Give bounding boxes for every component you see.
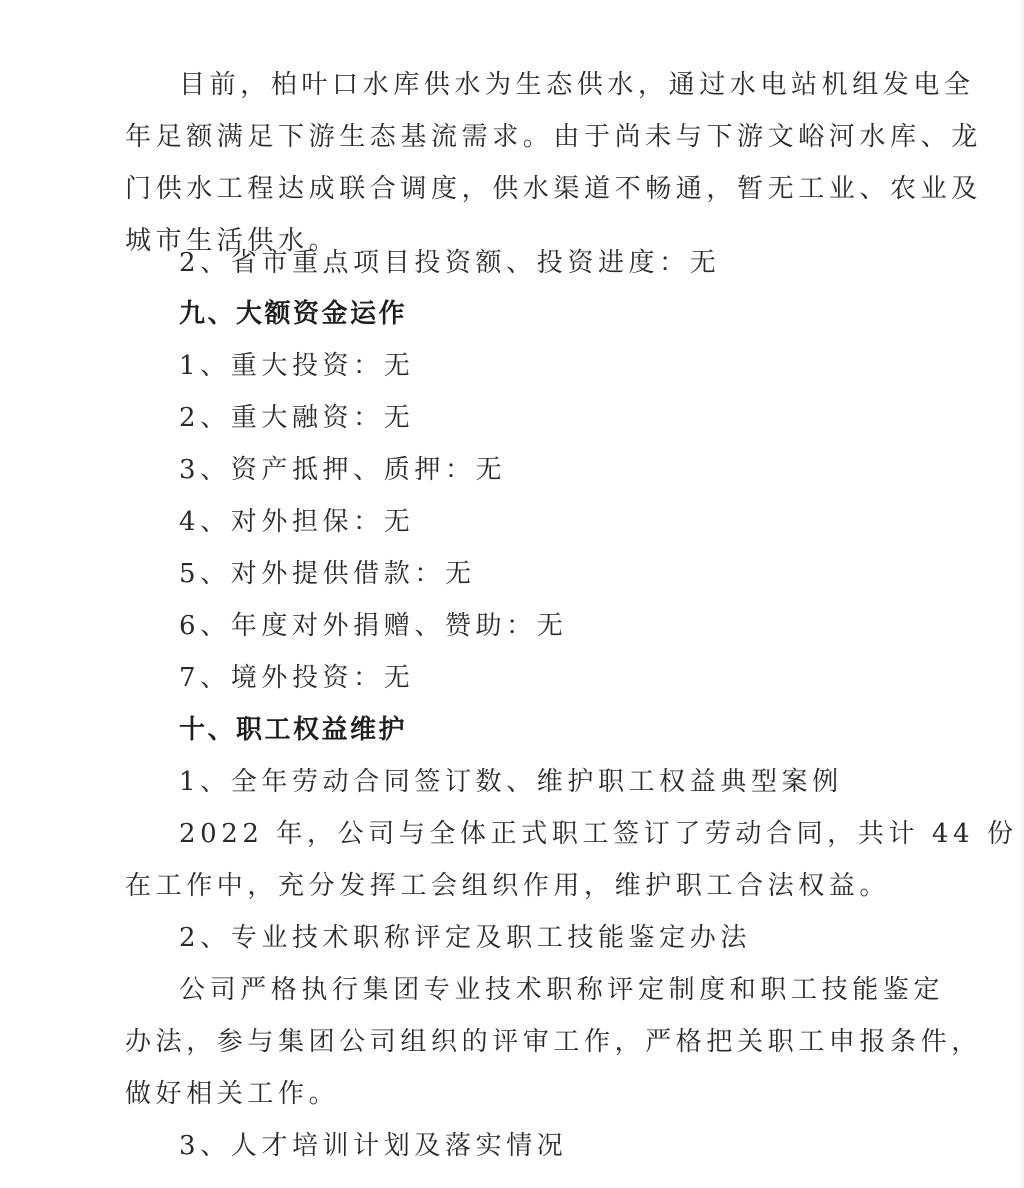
paragraph-line: 门供水工程达成联合调度，供水渠道不畅通，暂无工业、农业及 <box>125 169 881 209</box>
list-item: 3、资产抵押、质押：无 <box>179 450 949 490</box>
page-edge-shadow <box>1018 0 1024 1188</box>
list-item: 1、重大投资：无 <box>179 346 949 386</box>
list-item: 4、对外担保：无 <box>179 502 949 542</box>
paragraph-line: 2022 年，公司与全体正式职工签订了劳动合同，共计 44 份。 <box>179 814 881 854</box>
section-heading-ten: 十、职工权益维护 <box>179 710 949 750</box>
section-heading-nine: 九、大额资金运作 <box>179 294 949 334</box>
paragraph-line: 年足额满足下游生态基流需求。由于尚未与下游文峪河水库、龙 <box>125 117 881 157</box>
list-item: 2、重大融资：无 <box>179 398 949 438</box>
paragraph-line: 公司严格执行集团专业技术职称评定制度和职工技能鉴定 <box>179 970 869 1010</box>
subsection-title: 2、专业技术职称评定及职工技能鉴定办法 <box>179 918 949 958</box>
subsection-title: 3、人才培训计划及落实情况 <box>179 1126 949 1166</box>
document-page: 目前，柏叶口水库供水为生态供水，通过水电站机组发电全 年足额满足下游生态基流需求… <box>0 0 1024 1188</box>
list-item-key-projects: 2、省市重点项目投资额、投资进度：无 <box>179 243 949 283</box>
subsection-title: 1、全年劳动合同签订数、维护职工权益典型案例 <box>179 762 949 802</box>
list-item: 7、境外投资：无 <box>179 658 949 698</box>
paragraph-line: 目前，柏叶口水库供水为生态供水，通过水电站机组发电全 <box>179 65 881 105</box>
paragraph-line: 办法，参与集团公司组织的评审工作，严格把关职工申报条件， <box>125 1022 881 1062</box>
paragraph-line: 做好相关工作。 <box>125 1074 895 1114</box>
paragraph-line: 在工作中，充分发挥工会组织作用，维护职工合法权益。 <box>125 866 895 906</box>
list-item: 5、对外提供借款：无 <box>179 554 949 594</box>
list-item: 6、年度对外捐赠、赞助：无 <box>179 606 949 646</box>
